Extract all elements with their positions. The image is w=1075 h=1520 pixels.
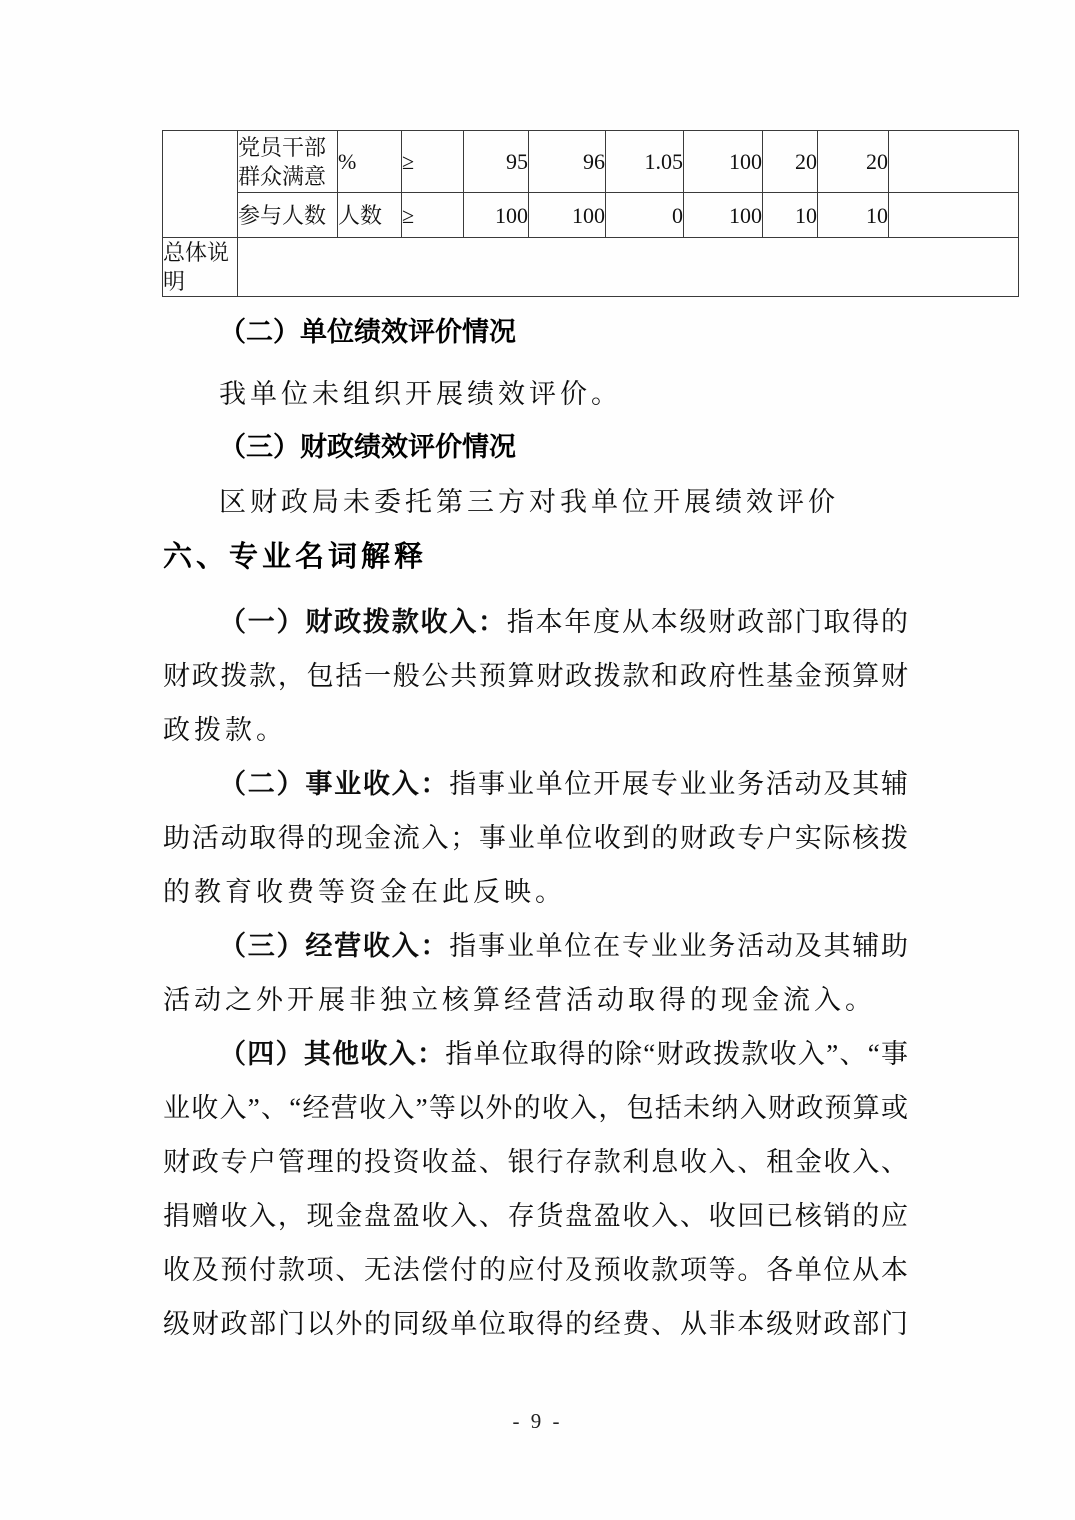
- score-cell: 10: [818, 193, 889, 238]
- document-body: （二）单位绩效评价情况 我单位未组织开展绩效评价。 （三）财政绩效评价情况 区财…: [163, 295, 908, 1351]
- term-line: （四）其他收入：指单位取得的除“财政拨款收入”、“事: [163, 1027, 908, 1081]
- performance-indicator-table: 党员干部群众满意 % ≥ 95 96 1.05 100 20 20 参与人数 人…: [162, 130, 1019, 297]
- term-line: 活动之外开展非独立核算经营活动取得的现金流入。: [163, 973, 908, 1027]
- weight-cell: 10: [763, 193, 818, 238]
- unit-cell: 人数: [338, 193, 402, 238]
- term-line: 业收入”、“经营收入”等以外的收入，包括未纳入财政预算或: [163, 1081, 908, 1135]
- term-lead: （四）其他收入：: [219, 1039, 445, 1069]
- term-line: 助活动取得的现金流入；事业单位收到的财政专户实际核拨: [163, 811, 908, 865]
- term-line: 捐赠收入，现金盘盈收入、存货盘盈收入、收回已核销的应: [163, 1189, 908, 1243]
- unit-cell: %: [338, 131, 402, 193]
- term-line: 财政拨款，包括一般公共预算财政拨款和政府性基金预算财: [163, 649, 908, 703]
- term-line: （二）事业收入：指事业单位开展专业业务活动及其辅: [163, 757, 908, 811]
- note-cell: [889, 131, 1019, 193]
- total-note-value-cell: [238, 238, 1019, 297]
- term-line: 收及预付款项、无法偿付的应付及预收款项等。各单位从本: [163, 1243, 908, 1297]
- paragraph-fiscal-evaluation: 区财政局未委托第三方对我单位开展绩效评价: [163, 476, 908, 529]
- indicator-cell: 党员干部群众满意: [238, 131, 338, 193]
- term-operating-income-public: （二）事业收入：指事业单位开展专业业务活动及其辅 助活动取得的现金流入；事业单位…: [163, 757, 908, 919]
- actual-value-cell: 100: [529, 193, 606, 238]
- operator-cell: ≥: [402, 131, 464, 193]
- term-line: 政拨款。: [163, 703, 908, 757]
- terminology-list: （一）财政拨款收入：指本年度从本级财政部门取得的 财政拨款，包括一般公共预算财政…: [163, 595, 908, 1351]
- term-lead: （一）财政拨款收入：: [219, 607, 507, 637]
- term-line: 财政专户管理的投资收益、银行存款利息收入、租金收入、: [163, 1135, 908, 1189]
- note-cell: [889, 193, 1019, 238]
- term-lead: （三）经营收入：: [219, 931, 449, 961]
- chapter-heading-terminology: 六、专业名词解释: [163, 529, 908, 585]
- score-rate-cell: 100: [684, 193, 763, 238]
- term-line: （三）经营收入：指事业单位在专业业务活动及其辅助: [163, 919, 908, 973]
- total-note-label-cell: 总体说明: [163, 238, 238, 297]
- operator-cell: ≥: [402, 193, 464, 238]
- actual-value-cell: 96: [529, 131, 606, 193]
- document-page: 党员干部群众满意 % ≥ 95 96 1.05 100 20 20 参与人数 人…: [0, 0, 1075, 1520]
- deviation-cell: 0: [606, 193, 684, 238]
- indicator-cell: 参与人数: [238, 193, 338, 238]
- target-value-cell: 100: [464, 193, 529, 238]
- table-row: 党员干部群众满意 % ≥ 95 96 1.05 100 20 20: [163, 131, 1019, 193]
- score-rate-cell: 100: [684, 131, 763, 193]
- term-text: 指本年度从本级财政部门取得的: [507, 607, 908, 637]
- deviation-cell: 1.05: [606, 131, 684, 193]
- target-value-cell: 95: [464, 131, 529, 193]
- term-lead: （二）事业收入：: [219, 769, 449, 799]
- term-line: 的教育收费等资金在此反映。: [163, 865, 908, 919]
- merged-empty-cell: [163, 131, 238, 238]
- table-row: 总体说明: [163, 238, 1019, 297]
- paragraph-unit-evaluation: 我单位未组织开展绩效评价。: [163, 368, 908, 421]
- score-cell: 20: [818, 131, 889, 193]
- term-text: 指事业单位开展专业业务活动及其辅: [449, 769, 908, 799]
- term-business-income: （三）经营收入：指事业单位在专业业务活动及其辅助 活动之外开展非独立核算经营活动…: [163, 919, 908, 1027]
- section-heading-unit-evaluation: （二）单位绩效评价情况: [163, 306, 908, 359]
- term-other-income: （四）其他收入：指单位取得的除“财政拨款收入”、“事 业收入”、“经营收入”等以…: [163, 1027, 908, 1351]
- page-number: - 9 -: [0, 1406, 1075, 1436]
- term-line: 级财政部门以外的同级单位取得的经费、从非本级财政部门: [163, 1297, 908, 1351]
- term-text: 指单位取得的除“财政拨款收入”、“事: [445, 1039, 908, 1069]
- term-fiscal-appropriation-income: （一）财政拨款收入：指本年度从本级财政部门取得的 财政拨款，包括一般公共预算财政…: [163, 595, 908, 757]
- table-row: 参与人数 人数 ≥ 100 100 0 100 10 10: [163, 193, 1019, 238]
- term-text: 指事业单位在专业业务活动及其辅助: [449, 931, 908, 961]
- term-line: （一）财政拨款收入：指本年度从本级财政部门取得的: [163, 595, 908, 649]
- section-heading-fiscal-evaluation: （三）财政绩效评价情况: [163, 421, 908, 474]
- weight-cell: 20: [763, 131, 818, 193]
